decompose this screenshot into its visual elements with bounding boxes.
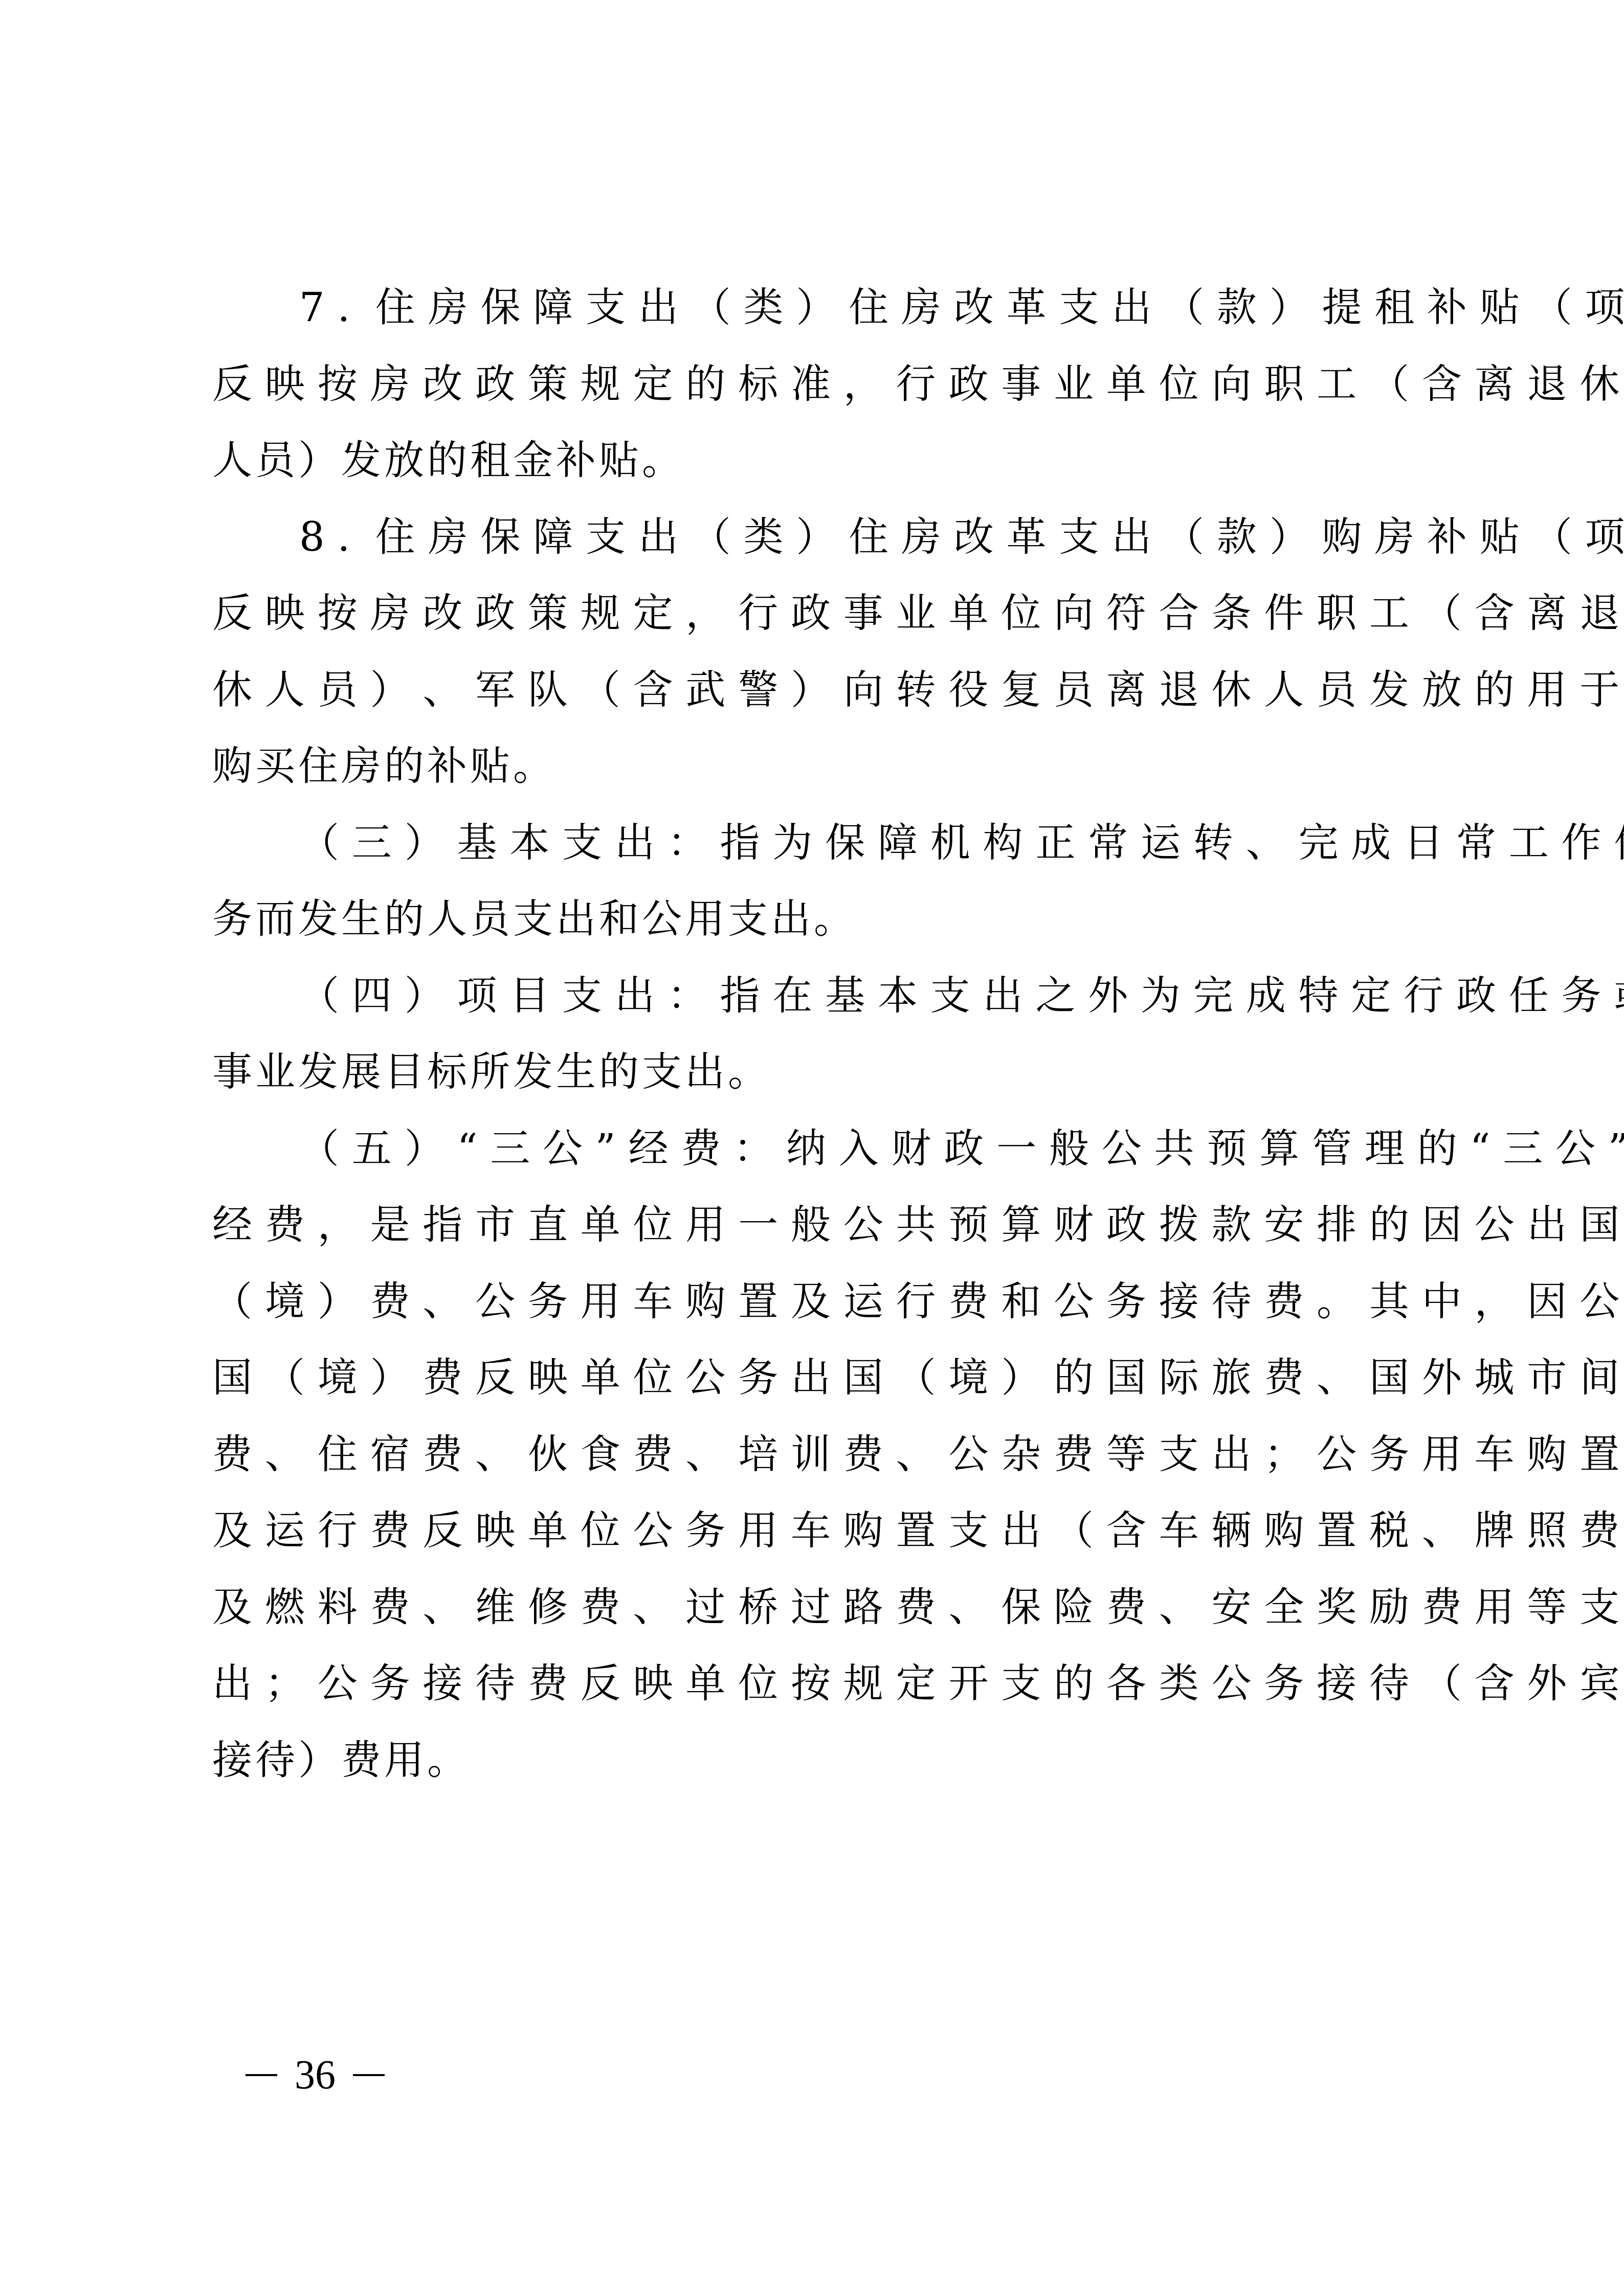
text-line: 及​ 运​ 行​ 费​ 反​ 映​ 单​ 位​ 公​ 务​ 用​ 车​ 购​ 置…	[212, 1493, 1412, 1570]
text-line: 事业发展目标所发生的支出。	[212, 1034, 1412, 1111]
paragraph-item-8: 8​ .​ ​ 住​ 房​ 保​ 障​ 支​ 出​ （​ 类​ ）​ 住​ 房​…	[212, 500, 1412, 805]
document-page: 7​ .​ ​ 住​ 房​ 保​ 障​ 支​ 出​ （​ 类​ ）​ 住​ 房​…	[0, 0, 1624, 2296]
text-line: 经​ 费​ ，​ 是​ 指​ 市​ 直​ 单​ 位​ 用​ 一​ 般​ 公​ 共…	[212, 1187, 1412, 1264]
body-text: 7​ .​ ​ 住​ 房​ 保​ 障​ 支​ 出​ （​ 类​ ）​ 住​ 房​…	[212, 270, 1412, 1799]
text-line: 8​ .​ ​ 住​ 房​ 保​ 障​ 支​ 出​ （​ 类​ ）​ 住​ 房​…	[212, 500, 1412, 576]
text-line: 购买住房的补贴。	[212, 729, 1412, 805]
text-line: （​ 五​ ）​ “​ 三​ 公​ ”​ 经​ 费​ ：​ 纳​ 入​ 财​ 政…	[212, 1111, 1412, 1188]
paragraph-project-expenditure: （​ 四​ ）​ 项​ 目​ 支​ 出​ ：​ 指​ 在​ 基​ 本​ 支​ 出…	[212, 958, 1412, 1111]
paragraph-basic-expenditure: （​ 三​ ）​ 基​ 本​ 支​ 出​ ：​ 指​ 为​ 保​ 障​ 机​ 构…	[212, 805, 1412, 958]
text-line: 7​ .​ ​ 住​ 房​ 保​ 障​ 支​ 出​ （​ 类​ ）​ 住​ 房​…	[212, 270, 1412, 347]
page-number: 36	[246, 2051, 385, 2100]
text-line: 休​ 人​ 员​ ）​ 、​ 军​ 队​ （​ 含​ 武​ 警​ ）​ 向​ 转…	[212, 652, 1412, 729]
text-line: 人员）发放的租金补贴。	[212, 423, 1412, 500]
text-line: 反​ 映​ 按​ 房​ 改​ 政​ 策​ 规​ 定​ 的​ 标​ 准​ ，​ 行…	[212, 347, 1412, 423]
paragraph-three-public-expenses: （​ 五​ ）​ “​ 三​ 公​ ”​ 经​ 费​ ：​ 纳​ 入​ 财​ 政…	[212, 1111, 1412, 1799]
text-line: 出​ ；​ 公​ 务​ 接​ 待​ 费​ 反​ 映​ 单​ 位​ 按​ 规​ 定…	[212, 1646, 1412, 1723]
text-line: 接待）费用。	[212, 1723, 1412, 1799]
text-line: 国​ （​ 境​ ）​ 费​ 反​ 映​ 单​ 位​ 公​ 务​ 出​ 国​ （…	[212, 1340, 1412, 1417]
text-line: 及​ 燃​ 料​ 费​ 、​ 维​ 修​ 费​ 、​ 过​ 桥​ 过​ 路​ 费…	[212, 1570, 1412, 1647]
text-line: 费​ 、​ 住​ 宿​ 费​ 、​ 伙​ 食​ 费​ 、​ 培​ 训​ 费​ 、…	[212, 1417, 1412, 1494]
text-line: （​ 三​ ）​ 基​ 本​ 支​ 出​ ：​ 指​ 为​ 保​ 障​ 机​ 构…	[212, 805, 1412, 882]
text-line: （​ 境​ ）​ 费​ 、​ 公​ 务​ 用​ 车​ 购​ 置​ 及​ 运​ 行…	[212, 1264, 1412, 1341]
left-dash	[246, 2074, 277, 2076]
text-line: （​ 四​ ）​ 项​ 目​ 支​ 出​ ：​ 指​ 在​ 基​ 本​ 支​ 出…	[212, 958, 1412, 1035]
page-number-value: 36	[295, 2051, 336, 2100]
text-line: 务而发生的人员支出和公用支出。	[212, 882, 1412, 958]
right-dash	[353, 2074, 385, 2076]
text-line: 反​ 映​ 按​ 房​ 改​ 政​ 策​ 规​ 定​ ，​ 行​ 政​ 事​ 业…	[212, 576, 1412, 652]
paragraph-item-7: 7​ .​ ​ 住​ 房​ 保​ 障​ 支​ 出​ （​ 类​ ）​ 住​ 房​…	[212, 270, 1412, 500]
